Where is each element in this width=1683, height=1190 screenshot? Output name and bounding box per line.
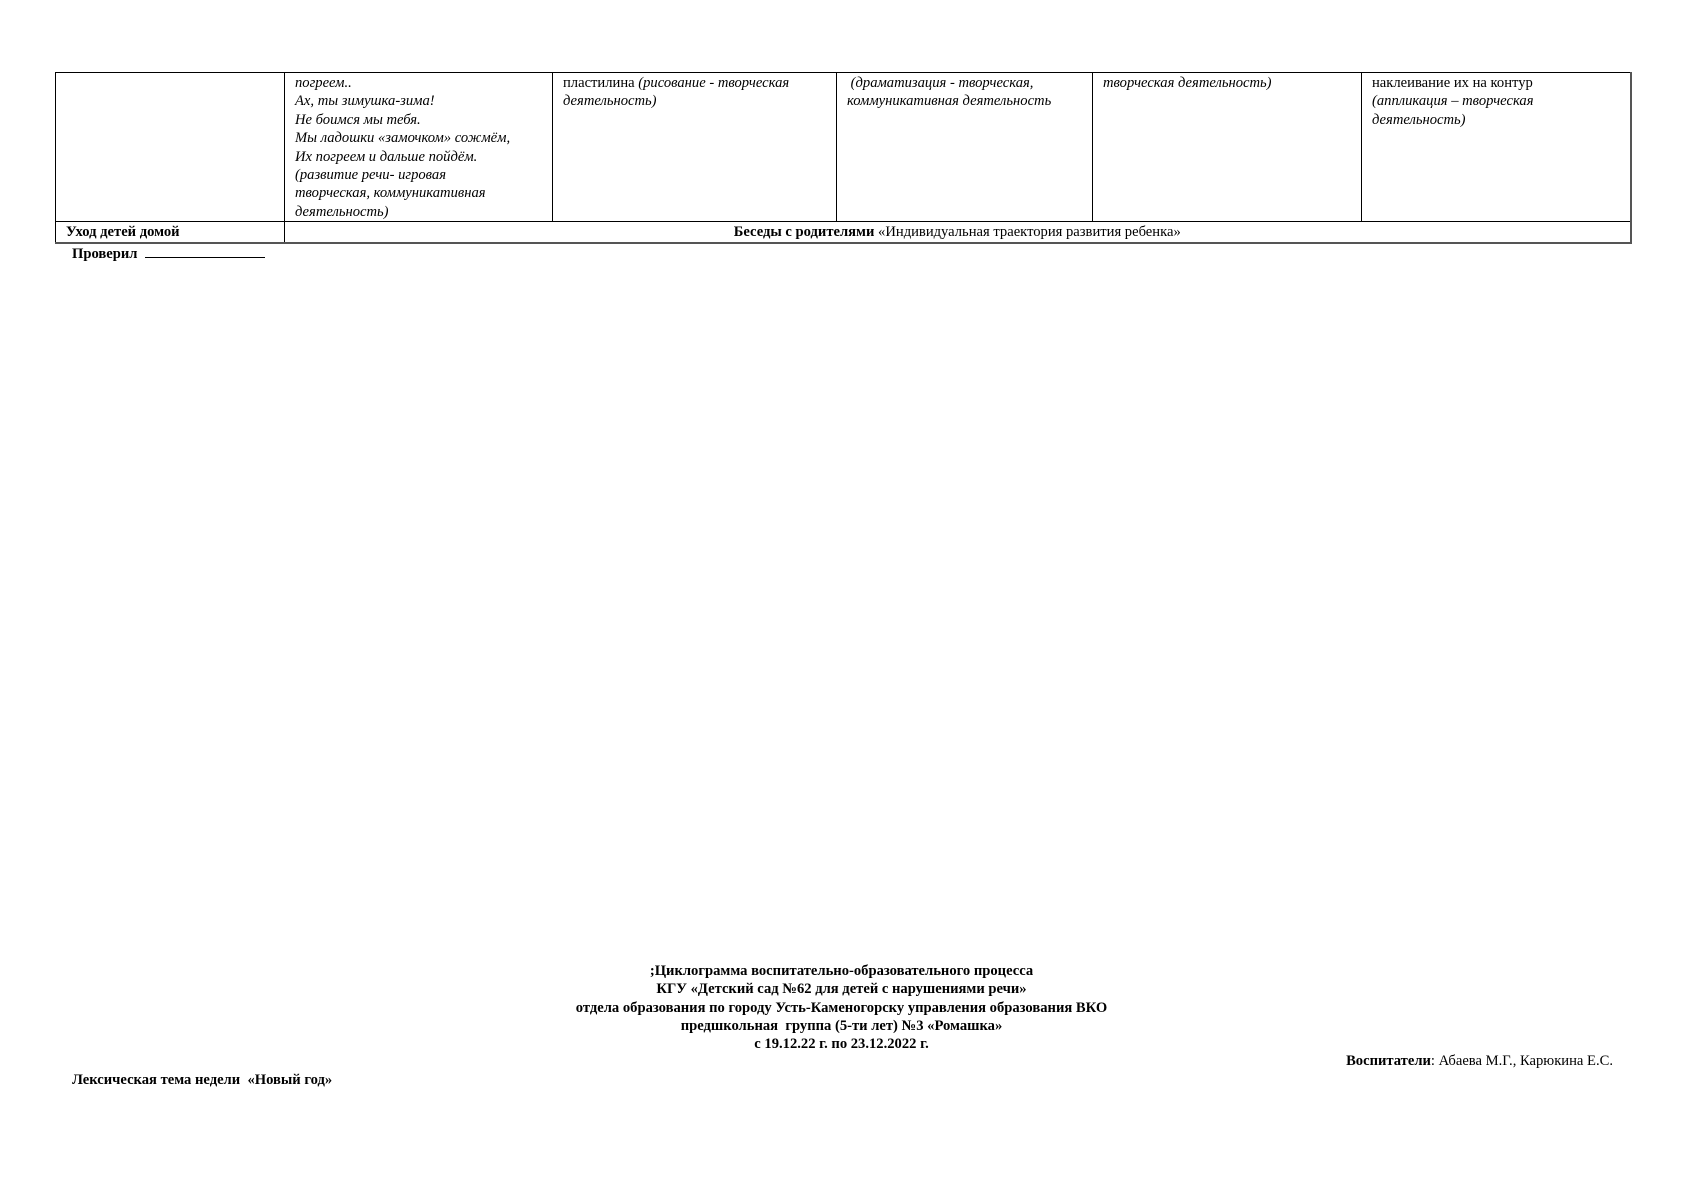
table-row: Уход детей домой Беседы с родителями «Ин… <box>56 222 1631 243</box>
checked-by-label: Проверил <box>72 246 137 262</box>
poem-line: погреем.. <box>295 74 542 92</box>
poem-line: (развитие речи- игровая <box>295 166 542 184</box>
header-department: отдела образования по городу Усть-Камено… <box>0 999 1683 1017</box>
poem-line: деятельность) <box>295 203 542 221</box>
drawing-activity-cell: пластилина (рисование - творческая деяте… <box>553 73 837 222</box>
poem-line: Не боимся мы тебя. <box>295 111 542 129</box>
checked-by: Проверил <box>72 244 265 263</box>
header-title: ;Циклограмма воспитательно-образовательн… <box>0 962 1683 980</box>
parent-talks-cell: Беседы с родителями «Индивидуальная трае… <box>285 222 1631 243</box>
activity-type: (рисование - творческая <box>638 75 789 91</box>
activity-type: (аппликация – творческая <box>1372 92 1620 110</box>
activity-type: творческая деятельность) <box>1103 74 1351 92</box>
weekly-theme: Лексическая тема недели «Новый год» <box>72 1072 332 1089</box>
activity-type: коммуникативная деятельность <box>847 92 1082 110</box>
header-institution: КГУ «Детский сад №62 для детей с нарушен… <box>0 980 1683 998</box>
poem-cell: погреем.. Ах, ты зимушка-зима! Не боимся… <box>285 73 553 222</box>
document-header: ;Циклограмма воспитательно-образовательн… <box>0 962 1683 1053</box>
poem-line: творческая, коммуникативная <box>295 184 542 202</box>
applique-activity-cell: наклеивание их на контур (аппликация – т… <box>1362 73 1631 222</box>
parent-talks-topic: «Индивидуальная траектория развития ребе… <box>874 224 1180 240</box>
parent-talks-label: Беседы с родителями <box>734 224 875 240</box>
educators: Воспитатели: Абаева М.Г., Карюкина Е.С. <box>1346 1053 1613 1070</box>
educators-names: : Абаева М.Г., Карюкина Е.С. <box>1431 1053 1613 1069</box>
activity-text: пластилина <box>563 75 638 91</box>
poem-line: Их погреем и дальше пойдём. <box>295 148 542 166</box>
activity-type: деятельность) <box>563 92 826 110</box>
creative-activity-cell: творческая деятельность) <box>1093 73 1362 222</box>
activity-text: наклеивание их на контур <box>1372 74 1620 92</box>
table-row: погреем.. Ах, ты зимушка-зима! Не боимся… <box>56 73 1631 222</box>
poem-line: Мы ладошки «замочком» сожмём, <box>295 129 542 147</box>
dramatization-cell: (драматизация - творческая, коммуникатив… <box>837 73 1093 222</box>
header-dates: с 19.12.22 г. по 23.12.2022 г. <box>0 1035 1683 1053</box>
educators-label: Воспитатели <box>1346 1053 1431 1069</box>
signature-line <box>145 244 265 258</box>
row-label-going-home: Уход детей домой <box>56 222 285 243</box>
activity-type: деятельность) <box>1372 111 1620 129</box>
weekly-plan-table: погреем.. Ах, ты зимушка-зима! Не боимся… <box>55 72 1632 244</box>
row-header-cell <box>56 73 285 222</box>
poem-line: Ах, ты зимушка-зима! <box>295 92 542 110</box>
activity-type: (драматизация - творческая, <box>847 74 1082 92</box>
document-page: погреем.. Ах, ты зимушка-зима! Не боимся… <box>0 0 1683 1190</box>
header-group: предшкольная группа (5-ти лет) №3 «Ромаш… <box>0 1017 1683 1035</box>
